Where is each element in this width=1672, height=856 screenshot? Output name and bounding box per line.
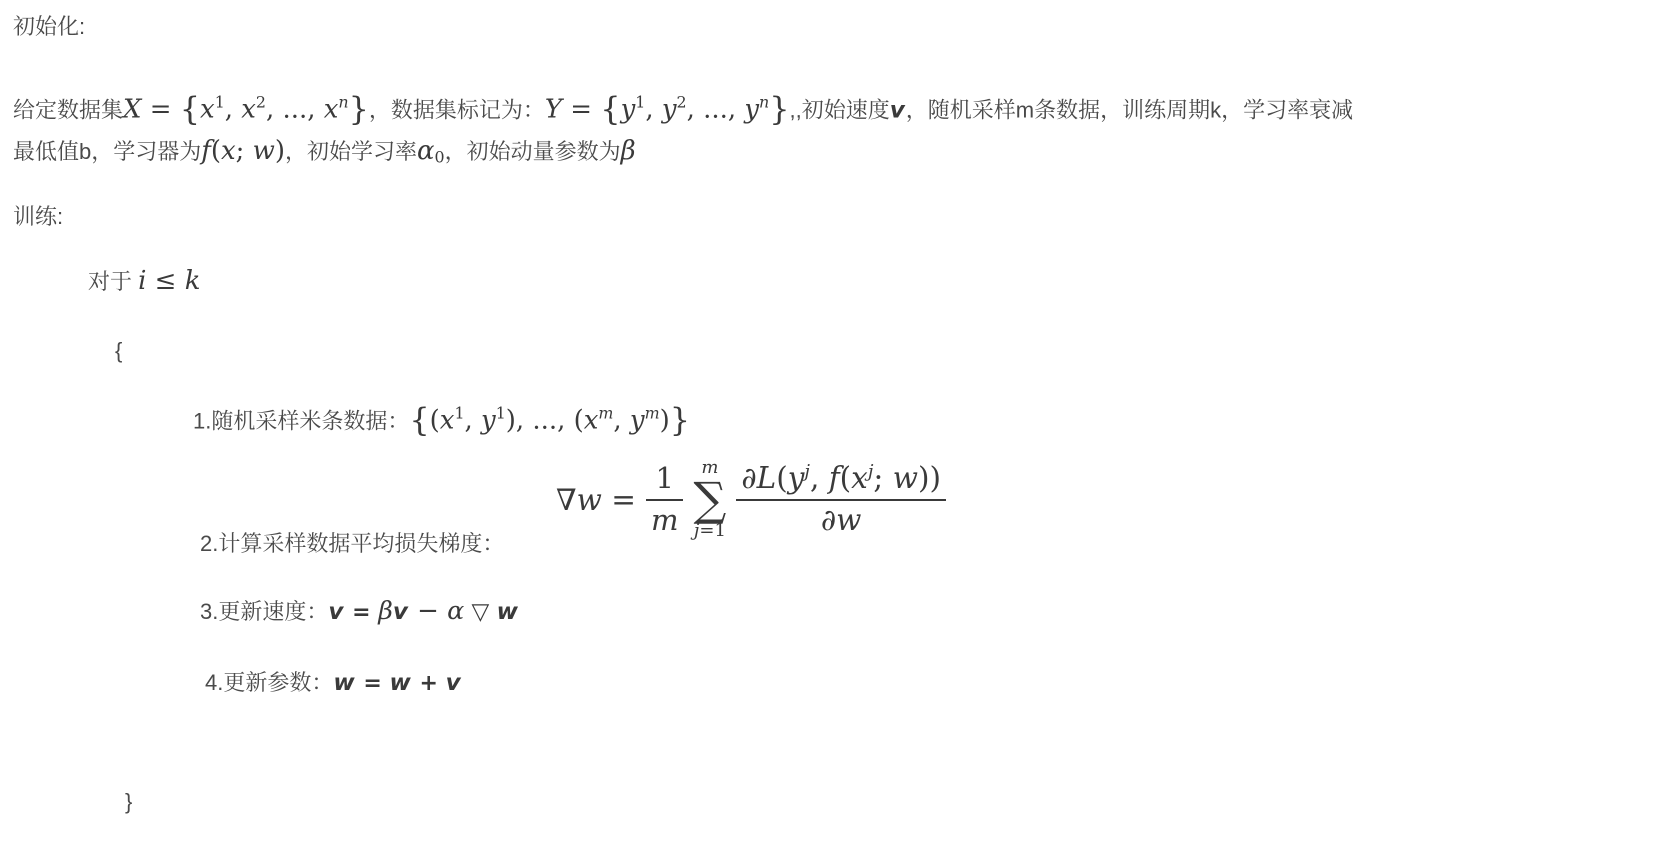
text-segment: ≤ (146, 266, 184, 296)
text-segment: y (744, 94, 759, 124)
gradient-formula: ∇w = 1 m m ∑ j=1 ∂L(yj, f(xj; w)) ∂w (556, 458, 946, 541)
text-segment: α (447, 596, 464, 625)
text-segment: x (221, 136, 236, 166)
text-segment: y (630, 405, 645, 435)
for-loop-condition: 对于 i ≤ k (88, 263, 200, 301)
summation-symbol: m ∑ j=1 (693, 458, 726, 541)
text-segment: ，初始学习率 (285, 139, 417, 164)
text-segment: x (584, 405, 599, 435)
partial-derivative-fraction: ∂L(yj, f(xj; w)) ∂w (736, 462, 946, 538)
text-segment: x (851, 461, 868, 495)
close-brace: } (125, 786, 132, 818)
text-segment: ，数据集标记为： (369, 97, 545, 122)
fraction-numerator: 1 (651, 462, 679, 495)
text-segment: 1 (454, 404, 464, 423)
fraction-bar (736, 499, 946, 501)
dataset-paragraph-line1: 给定数据集X = {x1, x2, ..., xn}，数据集标记为：Y = {y… (13, 86, 1353, 132)
text-segment: ( (840, 461, 852, 495)
text-segment: x (241, 94, 256, 124)
text-segment: , (810, 461, 829, 495)
text-segment: } (769, 90, 789, 128)
text-segment: v (393, 599, 409, 625)
init-heading: 初始化: (13, 13, 85, 42)
text-segment: n (338, 93, 348, 112)
text-segment: 1.随机采样米条数据： (193, 408, 409, 433)
text-segment: 给定数据集 (13, 97, 123, 122)
text-segment: , (225, 94, 242, 124)
partial-numerator: ∂L(yj, f(xj; w)) (736, 462, 946, 496)
step1-sample-line: 1.随机采样米条数据：{(x1, y1), ..., (xm, ym)} (193, 397, 690, 443)
text-segment: f (829, 461, 840, 495)
text-segment: − (409, 596, 447, 626)
text-segment: { (600, 90, 620, 128)
text-segment: 2 (256, 93, 266, 112)
text-segment: β (621, 136, 636, 166)
dataset-paragraph-line2: 最低值b，学习器为f(x; w)，初始学习率α0，初始动量参数为β (13, 133, 636, 171)
text-segment: =1 (699, 520, 726, 541)
text-segment: v (446, 670, 462, 696)
open-brace: { (115, 335, 122, 367)
text-segment: x (200, 94, 215, 124)
text-segment: ( (776, 461, 788, 495)
summation-lower-limit: j=1 (694, 521, 726, 541)
text-segment: )) (918, 461, 941, 495)
text-segment: 4.更新参数： (205, 670, 333, 695)
text-segment: { (409, 401, 429, 439)
text-segment: w (893, 461, 918, 495)
text-segment: = (142, 94, 180, 124)
text-segment: ∂L (741, 461, 776, 495)
text-segment: 1 (635, 93, 645, 112)
text-segment: ∇ (556, 483, 577, 517)
partial-denominator: ∂w (816, 504, 867, 538)
document-page: 初始化: 给定数据集X = {x1, x2, ..., xn}，数据集标记为：Y… (0, 0, 1672, 856)
text-segment: 1 (215, 93, 225, 112)
text-segment: ; (873, 461, 892, 495)
step3-velocity-line: 3.更新速度：v = βv − α ▽ w (200, 593, 519, 631)
text-segment: ▽ (464, 599, 496, 625)
text-segment: , (613, 405, 630, 435)
step4-params-line: 4.更新参数：w = w + v (205, 667, 462, 700)
fraction-bar (646, 499, 684, 501)
text-segment: w (497, 599, 519, 625)
text-segment: + (412, 671, 446, 696)
text-segment: Y (545, 94, 562, 124)
text-segment: v (890, 97, 906, 123)
text-segment: ( (211, 136, 221, 166)
text-segment: , (645, 94, 662, 124)
text-segment: m (645, 404, 660, 423)
one-over-m-fraction: 1 m (646, 462, 684, 537)
text-segment: = (344, 600, 378, 625)
text-segment: 3.更新速度： (200, 599, 328, 624)
text-segment: = (602, 483, 636, 517)
text-segment: ) (275, 136, 285, 166)
text-segment: ∂w (821, 503, 862, 537)
text-segment: 0 (435, 147, 445, 166)
text-segment: k (185, 266, 201, 296)
text-segment: 2 (677, 93, 687, 112)
text-segment: x (440, 405, 455, 435)
text-segment: v (328, 599, 344, 625)
text-segment: α (417, 136, 435, 166)
text-segment: ; (236, 136, 253, 166)
text-segment: w (577, 483, 602, 517)
step2-gradient-label: 2.计算采样数据平均损失梯度： (200, 528, 504, 560)
text-segment: { (180, 90, 200, 128)
text-segment: w (389, 670, 411, 696)
formula-lhs: ∇w = (556, 483, 636, 517)
text-segment: , (465, 405, 482, 435)
text-segment: ) (660, 405, 670, 435)
text-segment: x (324, 94, 339, 124)
text-segment: m (598, 404, 613, 423)
text-segment: ), ..., ( (506, 405, 584, 435)
text-segment: y (788, 461, 805, 495)
text-segment: ( (430, 405, 440, 435)
fraction-denominator: m (646, 504, 684, 537)
train-heading: 训练: (13, 203, 63, 232)
text-segment: 最低值b，学习器为 (13, 139, 201, 164)
text-segment: f (201, 136, 211, 166)
sigma-glyph: ∑ (693, 478, 726, 522)
text-segment: y (621, 94, 636, 124)
text-segment: ，随机采样m条数据，训练周期k，学习率衰减 (906, 97, 1353, 122)
text-segment: w (253, 136, 275, 166)
text-segment: ,,初始速度 (790, 97, 890, 122)
text-segment: 对于 (88, 269, 138, 294)
text-segment: } (349, 90, 369, 128)
text-segment: , ..., (266, 94, 324, 124)
text-segment: y (481, 405, 496, 435)
text-segment: y (662, 94, 677, 124)
text-segment: w (333, 670, 355, 696)
text-segment: ，初始动量参数为 (445, 139, 621, 164)
text-segment: X (123, 94, 141, 124)
text-segment: } (670, 401, 690, 439)
text-segment: = (562, 94, 600, 124)
text-segment: 1 (496, 404, 506, 423)
text-segment: , ..., (687, 94, 745, 124)
text-segment: = (356, 671, 390, 696)
text-segment: n (759, 93, 769, 112)
text-segment: β (378, 596, 393, 625)
